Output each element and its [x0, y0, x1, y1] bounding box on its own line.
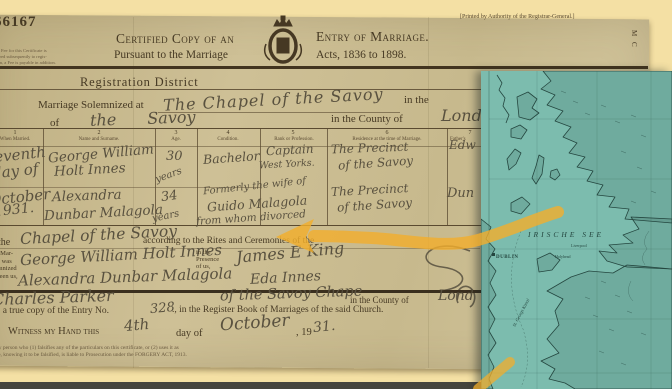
edge-mark: M C: [630, 30, 638, 49]
bride-name-handwriting: Alexandra: [52, 187, 122, 205]
chapel-handwriting: of the Savoy Chape: [220, 284, 363, 305]
registration-district-label: Registration District: [80, 75, 199, 90]
forgery-note-line: Any person who (1) falsifies any of the …: [0, 345, 187, 352]
forgery-act-note: Any person who (1) falsifies any of the …: [0, 345, 187, 358]
presence-line: in the: [196, 249, 219, 256]
column-number: 6: [372, 130, 402, 136]
county-of-label: in the County of: [350, 295, 409, 305]
certificate-serial: 66167: [0, 14, 37, 31]
column-number: 1: [0, 130, 30, 136]
column-header-when-married: When Married.: [0, 137, 50, 142]
map-label-irische-see: IRISCHE SEE: [527, 230, 604, 239]
county-of-label: in the County of: [331, 113, 403, 125]
printed-by-authority-note: [Printed by Authority of the Registrar-G…: [460, 14, 575, 20]
table-column-line: [447, 128, 448, 225]
map-wales: [541, 265, 672, 389]
county-handwriting: Lond: [438, 288, 474, 304]
when-married-handwriting: 1931.: [0, 200, 35, 220]
table-column-line: [327, 128, 328, 225]
bride-name-handwriting: Dunbar Malagola: [44, 202, 164, 224]
title-entry-of-marriage: Entry of Marriage.: [316, 29, 429, 45]
map-label-dublin: DUBLIN: [496, 255, 518, 260]
groom-rank-handwriting: West Yorks.: [259, 158, 315, 172]
column-header-age: Age.: [158, 137, 194, 142]
fee-note: If the Fee for this Certificate is requi…: [0, 48, 56, 66]
witness-my-hand-label: Witness my Hand this: [8, 326, 99, 337]
title-pursuant: Pursuant to the Marriage: [114, 49, 228, 61]
map-dublin-marker: [492, 253, 495, 256]
groom-name-handwriting: Holt Innes: [54, 160, 126, 180]
map-overlay: IRISCHE SEE DUBLIN Liverpool Holyhead St…: [481, 71, 672, 389]
column-number: 3: [161, 130, 191, 136]
map-label-holyhead: Holyhead: [555, 254, 571, 259]
day-handwriting: 4th: [123, 315, 150, 335]
column-header-rank: Rank or Profession.: [262, 137, 326, 142]
irish-sea-map: IRISCHE SEE DUBLIN Liverpool Holyhead St…: [481, 71, 672, 389]
year-handwriting: 31.: [312, 318, 336, 336]
bride-residence-handwriting: of the Savoy: [337, 195, 413, 214]
bride-age-handwriting: 34: [160, 188, 178, 205]
royal-coat-of-arms-icon: [258, 14, 308, 68]
column-number: 4: [213, 130, 243, 136]
groom-father-handwriting: Edw: [449, 138, 476, 152]
bride-signature: Alexandra Dunbar Malagola: [18, 264, 233, 289]
this-marriage-line: solemnized: [0, 265, 18, 273]
married-in-label: Married in the: [0, 237, 10, 248]
this-marriage-line: This Mar-: [0, 250, 18, 258]
map-label-liverpool: Liverpool: [571, 243, 588, 248]
forgery-note-line: true, knowing it to be falsified, is lia…: [0, 352, 187, 359]
this-marriage-label: This Mar- riage was solemnized between u…: [0, 250, 18, 280]
groom-age-handwriting: 30: [166, 149, 183, 164]
when-married-handwriting: day of: [0, 160, 39, 183]
column-header-condition: Condition.: [198, 137, 258, 142]
true-copy-label: is a true copy of the Entry No.: [0, 306, 109, 316]
bride-father-handwriting: Dun: [447, 186, 474, 201]
table-column-line: [197, 128, 198, 225]
county-handwriting: Lond: [441, 106, 482, 125]
column-header-name: Name and Surname.: [49, 137, 149, 142]
groom-age-unit-handwriting: years: [154, 166, 184, 186]
solemnized-place2-handwriting: the Savoy: [90, 107, 196, 130]
title-certified-copy: Certified Copy of an: [116, 31, 234, 47]
table-edge-shadow: [0, 382, 481, 389]
title-acts: Acts, 1836 to 1898.: [316, 49, 406, 61]
groom-rank-handwriting: Captain: [266, 142, 314, 158]
groom-residence-handwriting: of the Savoy: [338, 153, 414, 172]
signature-flourish: [390, 233, 490, 328]
column-number: 2: [84, 130, 114, 136]
in-the-label: in the: [404, 94, 429, 106]
presence-line: Presence: [196, 256, 219, 263]
month-handwriting: October: [219, 311, 290, 336]
year-prefix-label: , 19: [296, 327, 312, 338]
column-number: 5: [278, 130, 308, 136]
this-marriage-line: between us,: [0, 273, 18, 281]
this-marriage-line: riage was: [0, 258, 18, 266]
header-rule: [0, 66, 648, 69]
groom-condition-handwriting: Bachelor: [203, 148, 261, 167]
day-of-label: day of: [176, 328, 203, 339]
video-frame: 66167 If the Fee for this Certificate is…: [0, 0, 672, 389]
